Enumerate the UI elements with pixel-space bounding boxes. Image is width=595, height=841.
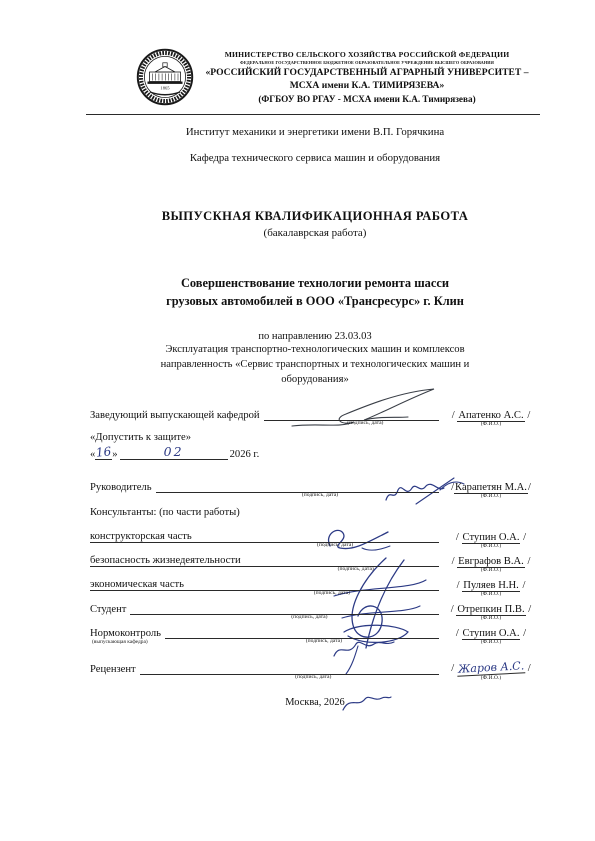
header-text: МИНИСТЕРСТВО СЕЛЬСКОГО ХОЗЯЙСТВА РОССИЙС… <box>194 46 540 105</box>
normcontrol-row: Нормоконтроль (выпускающая кафедра) (под… <box>90 626 540 639</box>
consultants-header: Консультанты: (по части работы) <box>90 507 540 518</box>
day-field: 16 <box>95 448 112 460</box>
supervisor-label: Руководитель <box>90 482 156 493</box>
admit-to-defense-text: «Допустить к защите» <box>90 432 540 443</box>
supervisor-name: /Карапетян М.А./ (Ф.И.О.) <box>442 482 540 493</box>
signature-line: (подпись, дата) <box>264 408 439 421</box>
handwritten-day: 16 <box>96 447 112 458</box>
life-safety-consultant-name: / Евграфов В.А. / (Ф.И.О.) <box>442 556 540 567</box>
profile-line1: направленность «Сервис транспортных и те… <box>90 358 540 372</box>
life-safety-consultant-row: безопасность жизнедеятельности (подпись,… <box>90 554 540 567</box>
head-of-department-name: / Апатенко А.С. / (Ф.И.О.) <box>442 410 540 421</box>
reviewer-row: Рецензент (подпись, дата) / Жаров А.С. /… <box>90 661 540 675</box>
work-type-heading: ВЫПУСКНАЯ КВАЛИФИКАЦИОННАЯ РАБОТА <box>90 209 540 224</box>
normcontrol-label: Нормоконтроль <box>90 628 165 639</box>
program-name: Эксплуатация транспортно-технологических… <box>90 343 540 357</box>
head-of-department-row: Заведующий выпускающей кафедрой (подпись… <box>90 408 540 421</box>
university-header: 1865 МИНИСТЕРСТВО СЕЛЬСКОГО ХОЗЯЙСТВА РО… <box>136 46 540 106</box>
direction-code: по направлению 23.03.03 <box>90 331 540 342</box>
student-label: Студент <box>90 604 130 615</box>
graduating-department-caption: (выпускающая кафедра) <box>92 639 148 645</box>
signature-line: (подпись, дата) <box>184 578 439 591</box>
student-row: Студент (подпись, дата) / Отрепкин П.В. … <box>90 602 540 615</box>
thesis-title-line2: грузовых автомобилей в ООО «Трансресурс»… <box>90 293 540 311</box>
reviewer-name: / Жаров А.С. / (Ф.И.О.) <box>442 661 540 675</box>
economics-consultant-row: экономическая часть (подпись, дата) / Пу… <box>90 578 540 591</box>
signature-line: (подпись, дата) <box>140 662 439 675</box>
signature-line: (подпись, дата) <box>192 530 439 543</box>
signature-line: (подпись, дата) <box>130 602 439 615</box>
design-part-label: конструкторская часть <box>90 531 192 543</box>
federal-institution-line: ФЕДЕРАЛЬНОЕ ГОСУДАРСТВЕННОЕ БЮДЖЕТНОЕ ОБ… <box>194 60 540 65</box>
economics-consultant-name: / Пуляев Н.Н. / (Ф.И.О.) <box>442 580 540 591</box>
student-name: / Отрепкин П.В. / (Ф.И.О.) <box>442 604 540 615</box>
design-consultant-name: / Ступин О.А. / (Ф.И.О.) <box>442 532 540 543</box>
economics-part-label: экономическая часть <box>90 579 184 591</box>
year-text: 2026 г. <box>230 449 260 460</box>
thesis-title: Совершенствование технологии ремонта шас… <box>90 275 540 311</box>
profile-line2: оборудования» <box>90 373 540 387</box>
signature-line: (подпись, дата) <box>241 554 439 567</box>
supervisor-row: Руководитель (подпись, дата) /Карапетян … <box>90 480 540 493</box>
thesis-title-page: 1865 МИНИСТЕРСТВО СЕЛЬСКОГО ХОЗЯЙСТВА РО… <box>0 0 595 841</box>
life-safety-part-label: безопасность жизнедеятельности <box>90 555 241 567</box>
city-year-footer: Москва, 2026 <box>90 697 540 708</box>
department-name: Кафедра технического сервиса машин и обо… <box>90 152 540 164</box>
sign-date-caption: (подпись, дата) <box>347 420 383 426</box>
university-logo: 1865 <box>136 48 194 106</box>
signature-line: (подпись, дата) <box>165 626 439 639</box>
fio-caption: (Ф.И.О.) <box>481 421 501 427</box>
design-consultant-row: конструкторская часть (подпись, дата) / … <box>90 530 540 543</box>
defense-date-row: «16» 02 2026 г. <box>90 447 540 460</box>
signature-section: Заведующий выпускающей кафедрой (подпись… <box>90 408 540 675</box>
university-name-line1: «РОССИЙСКИЙ ГОСУДАРСТВЕННЫЙ АГРАРНЫЙ УНИ… <box>194 67 540 79</box>
handwritten-month: 02 <box>164 447 184 456</box>
ministry-line: МИНИСТЕРСТВО СЕЛЬСКОГО ХОЗЯЙСТВА РОССИЙС… <box>194 50 540 59</box>
header-divider <box>86 114 540 115</box>
head-of-department-label: Заведующий выпускающей кафедрой <box>90 410 264 421</box>
thesis-title-line1: Совершенствование технологии ремонта шас… <box>90 275 540 293</box>
month-field: 02 <box>120 447 228 460</box>
work-subtype: (бакалаврская работа) <box>90 227 540 239</box>
normcontrol-name: / Ступин О.А. / (Ф.И.О.) <box>442 628 540 639</box>
logo-year: 1865 <box>160 85 170 90</box>
reviewer-label: Рецензент <box>90 664 140 675</box>
university-name-line2: МСХА имени К.А. ТИМИРЯЗЕВА» <box>194 80 540 92</box>
university-abbreviation: (ФГБОУ ВО РГАУ - МСХА имени К.А. Тимиряз… <box>194 94 540 106</box>
signature-line: (подпись, дата) <box>156 480 439 493</box>
institute-name: Институт механики и энергетики имени В.П… <box>90 126 540 138</box>
